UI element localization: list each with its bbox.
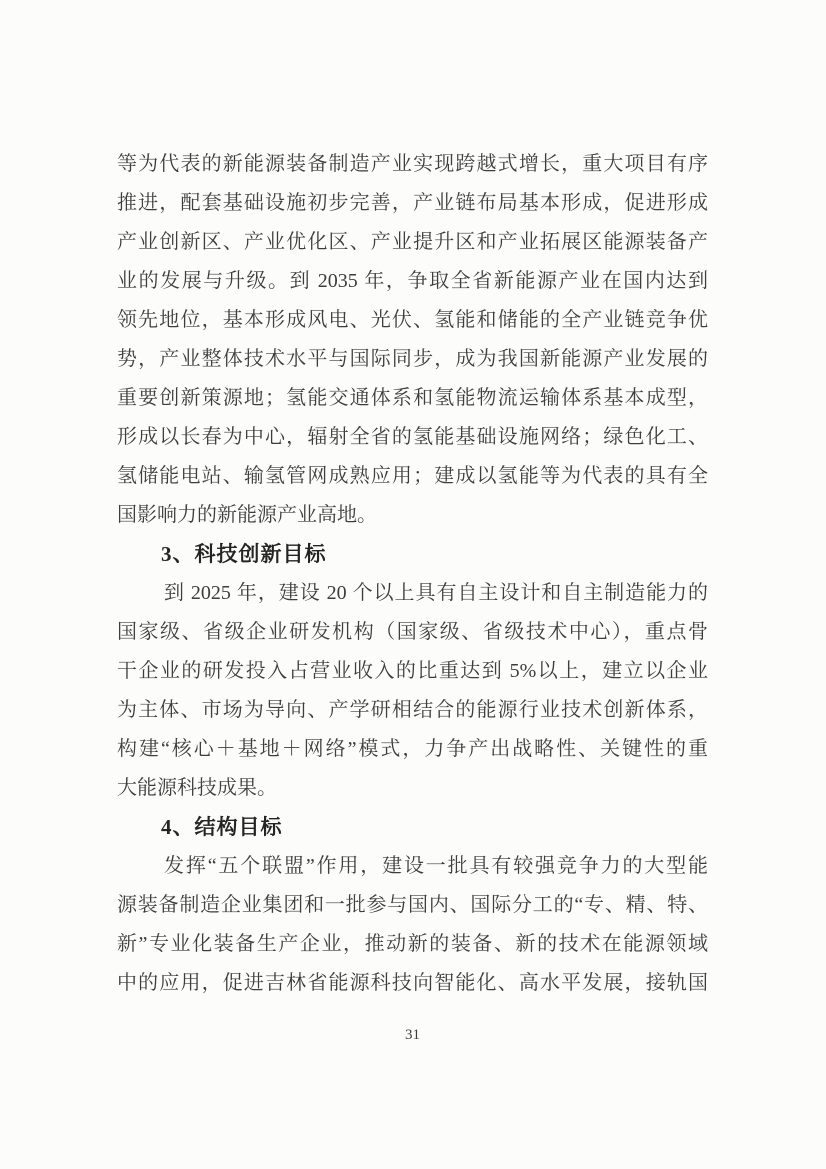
page-number: 31 — [117, 1026, 708, 1044]
page-body: 等为代表的新能源装备制造产业实现跨越式增长，重大项目有序推进，配套基础设施初步完… — [117, 145, 708, 1003]
text-line: 中的应用，促进吉林省能源科技向智能化、高水平发展，接轨国 — [117, 964, 708, 1003]
text-line: 新”专业化装备生产企业，推动新的装备、新的技术在能源领域 — [117, 925, 708, 964]
text-line: 干企业的研发投入占营业收入的比重达到 5%以上，建立以企业 — [117, 652, 708, 691]
text-line: 为主体、市场为导向、产学研相结合的能源行业技术创新体系， — [117, 691, 708, 730]
text-line: 构建“核心＋基地＋网络”模式，力争产出战略性、关键性的重 — [117, 730, 708, 769]
document-page: 等为代表的新能源装备制造产业实现跨越式增长，重大项目有序推进，配套基础设施初步完… — [0, 0, 826, 1169]
text-line: 国影响力的新能源产业高地。 — [117, 496, 708, 535]
text-line: 形成以长春为中心，辐射全省的氢能基础设施网络；绿色化工、 — [117, 418, 708, 457]
section-heading: 4、结构目标 — [117, 808, 708, 847]
text-line: 大能源科技成果。 — [117, 769, 708, 808]
text-line: 势，产业整体技术水平与国际同步，成为我国新能源产业发展的 — [117, 340, 708, 379]
text-line: 领先地位，基本形成风电、光伏、氢能和储能的全产业链竞争优 — [117, 301, 708, 340]
section-heading: 3、科技创新目标 — [117, 535, 708, 574]
text-line: 氢储能电站、输氢管网成熟应用；建成以氢能等为代表的具有全 — [117, 457, 708, 496]
text-line: 等为代表的新能源装备制造产业实现跨越式增长，重大项目有序 — [117, 145, 708, 184]
text-line: 发挥“五个联盟”作用，建设一批具有较强竞争力的大型能 — [117, 847, 708, 886]
text-line: 产业创新区、产业优化区、产业提升区和产业拓展区能源装备产 — [117, 223, 708, 262]
text-line: 重要创新策源地；氢能交通体系和氢能物流运输体系基本成型， — [117, 379, 708, 418]
text-line: 到 2025 年，建设 20 个以上具有自主设计和自主制造能力的 — [117, 574, 708, 613]
text-line: 推进，配套基础设施初步完善，产业链布局基本形成，促进形成 — [117, 184, 708, 223]
text-line: 源装备制造企业集团和一批参与国内、国际分工的“专、精、特、 — [117, 886, 708, 925]
text-line: 业的发展与升级。到 2035 年，争取全省新能源产业在国内达到 — [117, 262, 708, 301]
text-line: 国家级、省级企业研发机构（国家级、省级技术中心），重点骨 — [117, 613, 708, 652]
